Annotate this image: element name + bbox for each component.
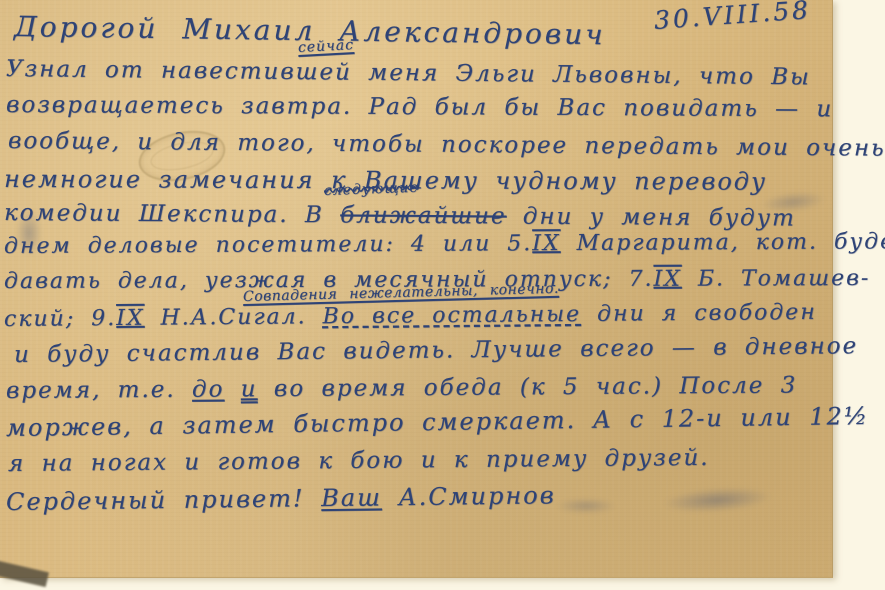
- letter-body-line: днем деловые посетители: 4 или 5.IX Марг…: [4, 229, 885, 259]
- text-segment: Во все остальные: [323, 302, 582, 329]
- letter-scan: 30.VIII.58 Дорогой Михаил Александрович …: [0, 0, 885, 590]
- text-segment: ский; 9.: [4, 306, 116, 332]
- text-segment: Б. Томашев-: [682, 266, 871, 292]
- interline-insertion-crossed: следующие: [324, 180, 419, 199]
- text-segment: А.Смирнов: [382, 481, 556, 511]
- text-segment: возвращаетесь завтра. Рад был бы Вас пов…: [6, 92, 833, 122]
- text-segment: Узнал от навестившей меня Эльги Львовны,…: [6, 56, 811, 90]
- letter-body-line: моржев, а затем быстро смеркает. А с 12-…: [6, 402, 869, 442]
- letter-body-line: ский; 9.IX Н.А.Сигал. Во все остальные д…: [4, 300, 817, 332]
- text-segment: Маргарита, кот. будет: [561, 229, 885, 256]
- letter-date: 30.VIII.58: [653, 0, 812, 35]
- letter-body-line: комедии Шекспира. В ближайшие дни у меня…: [4, 200, 796, 232]
- letter-paper: 30.VIII.58 Дорогой Михаил Александрович …: [0, 0, 833, 578]
- text-segment: сейчас: [298, 37, 355, 56]
- text-segment: и буду счастлив Вас видеть. Лучше всего …: [14, 333, 858, 368]
- text-segment: ближайшие: [340, 202, 507, 229]
- text-segment: [224, 376, 240, 402]
- letter-signature-line: Сердечный привет! Ваш А.Смирнов: [6, 481, 556, 516]
- interline-insertion-seychas: сейчас: [298, 37, 355, 56]
- text-segment: IX: [532, 231, 560, 256]
- paper-corner-mark: [0, 560, 49, 587]
- ink-smudge: [661, 484, 772, 516]
- text-segment: дни у меня будут: [506, 204, 795, 232]
- text-segment: и: [241, 376, 258, 402]
- text-segment: до: [192, 376, 225, 402]
- letter-body-line: я на ногах и готов к бою и к приему друз…: [8, 445, 710, 477]
- text-segment: Сердечный привет!: [6, 484, 322, 516]
- letter-body-line: возвращаетесь завтра. Рад был бы Вас пов…: [6, 92, 833, 122]
- text-segment: следующие: [324, 180, 419, 199]
- letter-body-line: и буду счастлив Вас видеть. Лучше всего …: [14, 333, 858, 368]
- text-segment: я на ногах и готов к бою и к приему друз…: [8, 445, 710, 477]
- text-segment: время, т.е.: [6, 377, 192, 404]
- text-segment: IX: [116, 306, 145, 331]
- text-segment: днем деловые посетители: 4 или 5.: [4, 231, 532, 259]
- text-segment: IX: [653, 267, 681, 292]
- text-segment: Н.А.Сигал.: [144, 304, 322, 331]
- letter-body-line: время, т.е. до и во время обеда (к 5 час…: [6, 372, 797, 404]
- text-segment: комедии Шекспира. В: [4, 200, 340, 228]
- text-segment: моржев, а затем быстро смеркает. А с 12-…: [6, 402, 869, 442]
- text-segment: дни я свободен: [581, 300, 817, 327]
- text-segment: Ваш: [321, 483, 382, 512]
- text-segment: во время обеда (к 5 час.) После 3: [257, 372, 797, 402]
- ink-smudge: [556, 498, 616, 514]
- letter-body-line: Узнал от навестившей меня Эльги Львовны,…: [6, 56, 811, 90]
- text-segment: 30.VIII.58: [653, 0, 812, 35]
